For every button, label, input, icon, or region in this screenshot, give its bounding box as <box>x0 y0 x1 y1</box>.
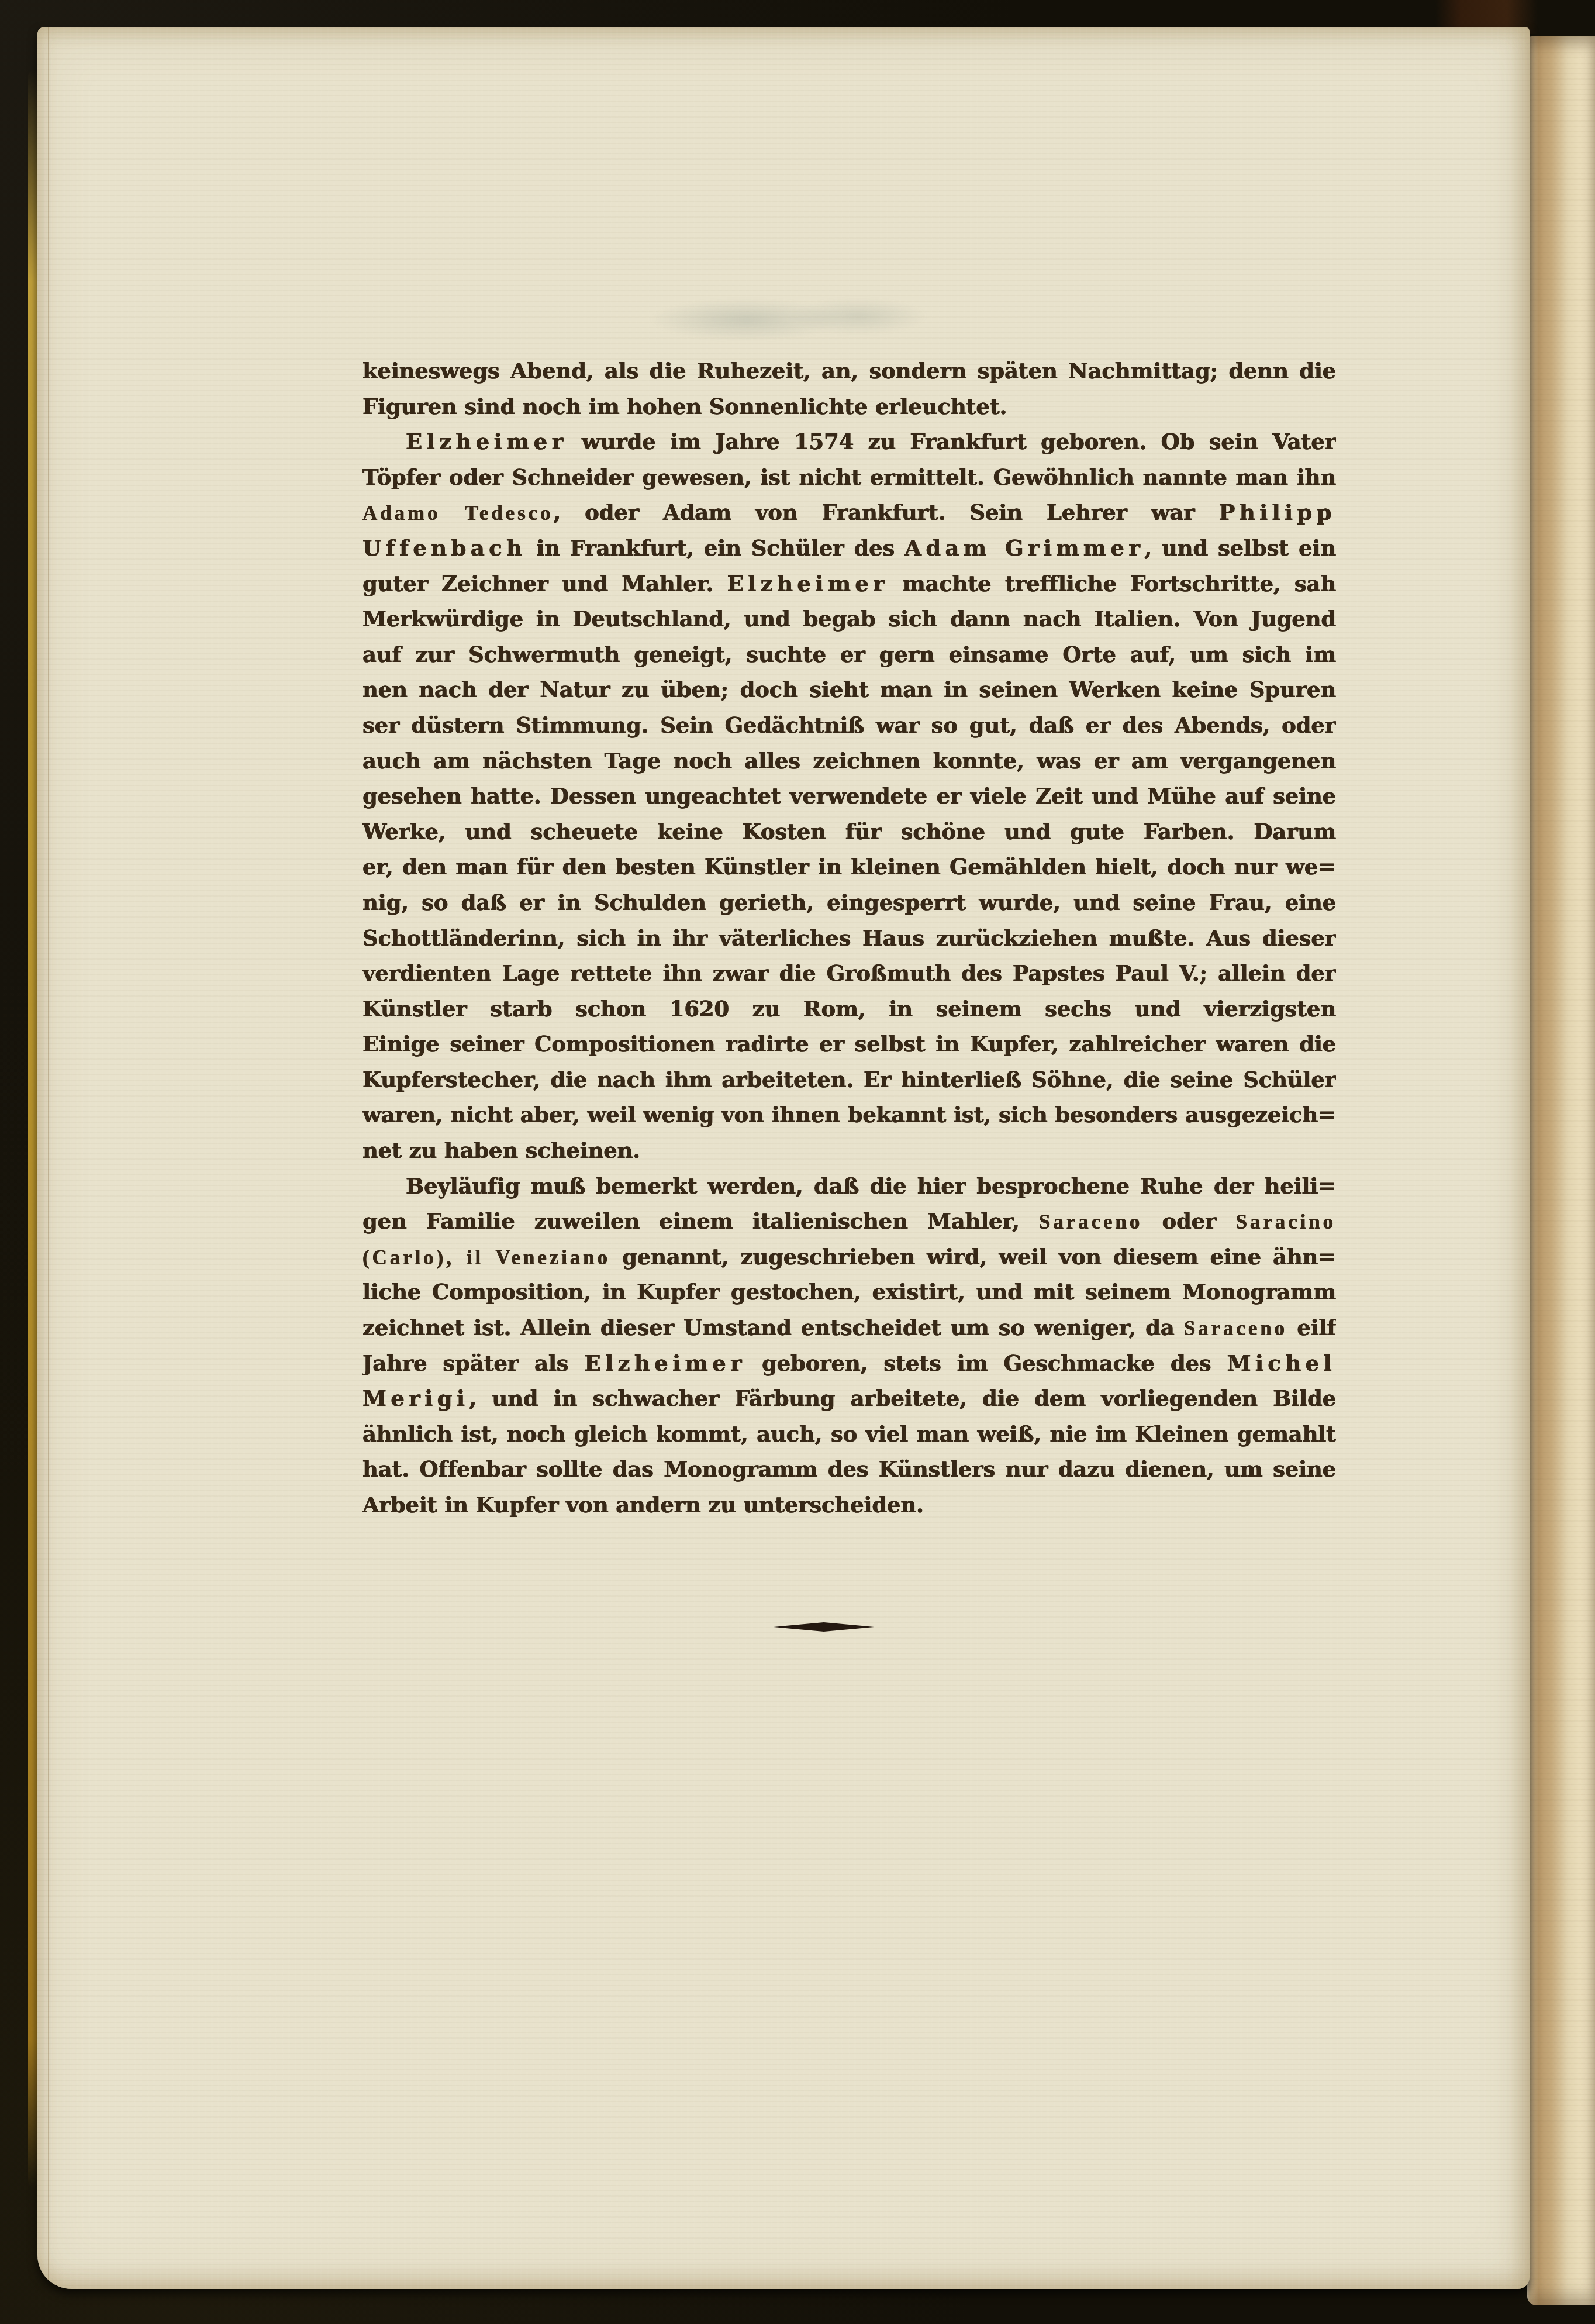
text-segment-fraktur: , und in schwacher Färbung arbeitete, di… <box>362 1385 1336 1416</box>
paragraph: keineswegs Abend, als die Ruhezeit, an, … <box>362 353 1336 424</box>
text-segment-sperr: Elzheimer <box>584 1350 746 1376</box>
text-line: auf zur Schwermuth geneigt, suchte er ge… <box>362 637 1336 673</box>
text-line: Werke, und scheuete keine Kosten für sch… <box>362 814 1336 850</box>
paragraph: Elzheimer wurde im Jahre 1574 zu Frankfu… <box>362 424 1336 1168</box>
text-line: verdienten Lage rettete ihn zwar die Gro… <box>362 956 1336 991</box>
book-photo: keineswegs Abend, als die Ruhezeit, an, … <box>0 0 1595 2324</box>
text-segment-antiqua: Saracino <box>1236 1211 1336 1233</box>
text-line: Adamo Tedesco, oder Adam von Frankfurt. … <box>362 495 1336 530</box>
text-line: Merigi, und in schwacher Färbung arbeite… <box>362 1381 1336 1416</box>
text-segment-antiqua: Adamo Tedesco <box>362 502 553 525</box>
text-segment-antiqua: Saraceno <box>1039 1211 1142 1233</box>
text-line: gen Familie zuweilen einem italienischen… <box>362 1204 1336 1239</box>
text-line: Einige seiner Compositionen radirte er s… <box>362 1026 1336 1062</box>
text-segment-fraktur: nen nach der Natur zu üben; doch sieht m… <box>362 677 1336 708</box>
text-segment-fraktur: in Frankfurt, ein Schüler des <box>526 535 904 561</box>
text-segment-fraktur: genannt, zugeschrieben wird, weil von di… <box>610 1244 1336 1270</box>
text-segment-antiqua: Saraceno <box>1184 1317 1287 1340</box>
text-segment-fraktur: ähnlich ist, noch gleich kommt, auch, so… <box>362 1421 1336 1447</box>
text-segment-fraktur: Figuren sind noch im hohen Sonnenlichte … <box>362 394 1007 419</box>
text-segment-fraktur: Schottländerinn, sich in ihr väterliches… <box>362 925 1336 956</box>
text-line: Künstler starb schon 1620 zu Rom, in sei… <box>362 991 1336 1027</box>
text-segment-fraktur: Arbeit in Kupfer von andern zu untersche… <box>362 1492 924 1518</box>
text-segment-fraktur: Künstler starb schon 1620 zu Rom, in sei… <box>362 996 1336 1027</box>
text-segment-sperr: Uffenbach <box>362 535 526 561</box>
text-line: Kupferstecher, die nach ihm arbeiteten. … <box>362 1062 1336 1098</box>
text-line: Figuren sind noch im hohen Sonnenlichte … <box>362 389 1336 425</box>
text-segment-fraktur: Einige seiner Compositionen radirte er s… <box>362 1031 1336 1057</box>
show-through-text-ghost <box>622 284 950 349</box>
text-segment-fraktur: waren, nicht aber, weil wenig von ihnen … <box>362 1102 1336 1127</box>
text-line: er, den man für den besten Künstler in k… <box>362 849 1336 885</box>
text-segment-fraktur: Merkwürdige in Deutschland, und begab si… <box>362 606 1336 632</box>
text-line: waren, nicht aber, weil wenig von ihnen … <box>362 1097 1336 1133</box>
text-segment-fraktur: Kupferstecher, die nach ihm arbeiteten. … <box>362 1067 1336 1092</box>
text-segment-fraktur: wurde im Jahre 1574 zu Frankfurt geboren… <box>568 429 1336 454</box>
text-segment-fraktur: nig, so daß er in Schulden gerieth, eing… <box>362 889 1336 915</box>
text-segment-fraktur: gesehen hatte. Dessen ungeachtet verwend… <box>362 783 1336 809</box>
text-segment-fraktur: zeichnet ist. Allein dieser Umstand ents… <box>362 1315 1184 1340</box>
text-segment-fraktur: Töpfer oder Schneider gewesen, ist nicht… <box>362 464 1336 490</box>
text-segment-fraktur: Jahre später als <box>362 1350 584 1376</box>
text-segment-fraktur: Werke, und scheuete keine Kosten für sch… <box>362 819 1336 850</box>
text-line: zeichnet ist. Allein dieser Umstand ents… <box>362 1310 1336 1346</box>
text-line: net zu haben scheinen. <box>362 1133 1336 1168</box>
text-line: nen nach der Natur zu üben; doch sieht m… <box>362 672 1336 708</box>
page-text-block: keineswegs Abend, als die Ruhezeit, an, … <box>362 353 1336 1523</box>
section-divider-rule <box>774 1622 874 1632</box>
text-line: Schottländerinn, sich in ihr väterliches… <box>362 920 1336 956</box>
paragraph: Beyläufig muß bemerkt werden, daß die hi… <box>362 1168 1336 1523</box>
page-crease-line <box>48 27 49 2289</box>
text-segment-fraktur: eilf <box>1287 1315 1336 1340</box>
text-line: liche Composition, in Kupfer gestochen, … <box>362 1274 1336 1310</box>
text-line: Töpfer oder Schneider gewesen, ist nicht… <box>362 460 1336 495</box>
text-segment-fraktur: verdienten Lage rettete ihn zwar die Gro… <box>362 960 1336 986</box>
text-line: nig, so daß er in Schulden gerieth, eing… <box>362 885 1336 920</box>
text-line: guter Zeichner und Mahler. Elzheimer mac… <box>362 566 1336 602</box>
text-line: Uffenbach in Frankfurt, ein Schüler des … <box>362 530 1336 566</box>
text-line: Arbeit in Kupfer von andern zu untersche… <box>362 1487 1336 1523</box>
text-segment-fraktur: geboren, stets im Geschmacke des <box>746 1350 1227 1376</box>
text-segment-fraktur: net zu haben scheinen. <box>362 1137 640 1163</box>
text-segment-sperr: Adam Grimmer <box>904 535 1144 561</box>
text-segment-fraktur: hat. Offenbar sollte das Monogramm des K… <box>362 1456 1336 1482</box>
book-page: keineswegs Abend, als die Ruhezeit, an, … <box>37 27 1530 2289</box>
text-segment-fraktur: liche Composition, in Kupfer gestochen, … <box>362 1279 1336 1310</box>
text-segment-sperr: Merigi <box>362 1385 469 1411</box>
adjacent-page-edge <box>1527 36 1595 2305</box>
text-line: Merkwürdige in Deutschland, und begab si… <box>362 601 1336 637</box>
text-segment-fraktur: Beyläufig muß bemerkt werden, daß die hi… <box>406 1173 1336 1199</box>
text-line: Elzheimer wurde im Jahre 1574 zu Frankfu… <box>362 424 1336 460</box>
text-segment-fraktur: ser düstern Stimmung. Sein Gedächtniß wa… <box>362 712 1336 738</box>
text-segment-fraktur: auch am nächsten Tage noch alles zeichne… <box>362 748 1336 779</box>
text-segment-fraktur: , und selbst ein <box>1144 535 1336 561</box>
text-line: Jahre später als Elzheimer geboren, stet… <box>362 1346 1336 1381</box>
text-segment-sperr: Elzheimer <box>727 571 889 596</box>
text-segment-sperr: Elzheimer <box>406 429 568 454</box>
text-line: auch am nächsten Tage noch alles zeichne… <box>362 743 1336 779</box>
text-line: Beyläufig muß bemerkt werden, daß die hi… <box>362 1168 1336 1204</box>
text-line: (Carlo), il Veneziano genannt, zugeschri… <box>362 1239 1336 1275</box>
text-line: gesehen hatte. Dessen ungeachtet verwend… <box>362 778 1336 814</box>
text-segment-fraktur: er, den man für den besten Künstler in k… <box>362 854 1336 880</box>
text-line: keineswegs Abend, als die Ruhezeit, an, … <box>362 353 1336 389</box>
text-segment-antiqua: (Carlo), il Veneziano <box>362 1246 610 1269</box>
text-segment-fraktur: auf zur Schwermuth geneigt, suchte er ge… <box>362 642 1336 673</box>
text-segment-fraktur: guter Zeichner und Mahler. <box>362 571 727 596</box>
text-line: hat. Offenbar sollte das Monogramm des K… <box>362 1451 1336 1487</box>
text-line: ähnlich ist, noch gleich kommt, auch, so… <box>362 1416 1336 1452</box>
text-segment-fraktur: gen Familie zuweilen einem italienischen… <box>362 1208 1039 1234</box>
text-line: ser düstern Stimmung. Sein Gedächtniß wa… <box>362 708 1336 743</box>
text-segment-sperr: Philipp <box>1219 499 1336 525</box>
text-segment-fraktur: keineswegs Abend, als die Ruhezeit, an, … <box>362 358 1336 384</box>
text-segment-fraktur: oder <box>1142 1208 1235 1234</box>
text-segment-fraktur: , oder Adam von Frankfurt. Sein Lehrer w… <box>553 499 1218 525</box>
